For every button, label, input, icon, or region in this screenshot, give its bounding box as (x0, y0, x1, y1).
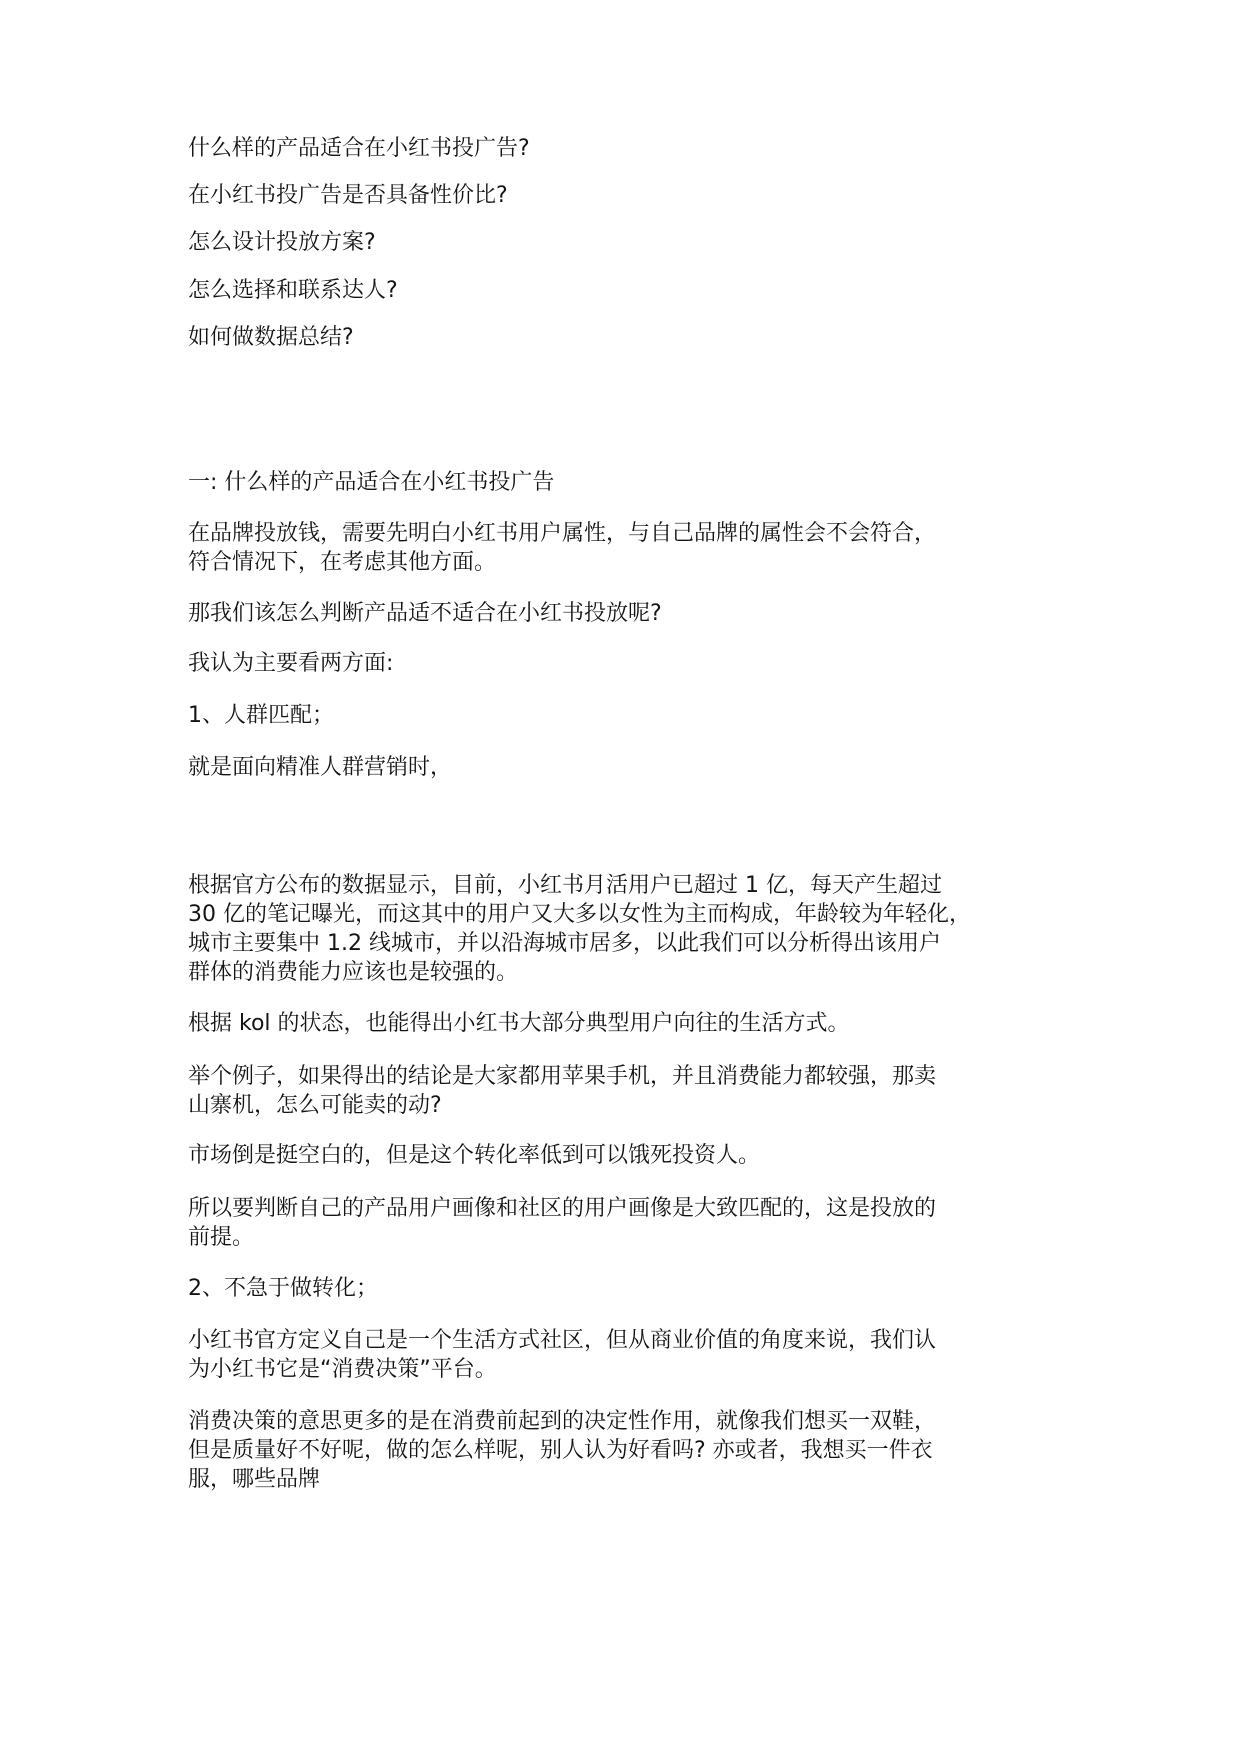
list-item-heading: 1、人群匹配； (188, 703, 334, 729)
paragraph-line: 30 亿的笔记曝光，而这其中的用户又大多以女性为主而构成，年龄较为年轻化， (188, 902, 971, 928)
paragraph-line: 在品牌投放钱，需要先明白小红书用户属性，与自己品牌的属性会不会符合， (188, 521, 936, 547)
paragraph-line: 我认为主要看两方面: (188, 651, 393, 677)
list-item-heading: 2、不急于做转化； (188, 1276, 378, 1302)
intro-question: 在小红书投广告是否具备性价比? (188, 183, 508, 209)
intro-question: 怎么设计投放方案? (188, 230, 376, 256)
paragraph-line: 服，哪些品牌 (188, 1467, 320, 1493)
paragraph-line: 为小红书它是“消费决策”平台。 (188, 1357, 497, 1383)
paragraph-line: 就是面向精准人群营销时， (188, 755, 452, 781)
paragraph-line: 山寨机，怎么可能卖的动? (188, 1093, 442, 1119)
paragraph-line: 那我们该怎么判断产品适不适合在小红书投放呢? (188, 601, 662, 627)
paragraph-line: 群体的消费能力应该也是较强的。 (188, 960, 518, 986)
paragraph-line: 符合情况下，在考虑其他方面。 (188, 550, 496, 576)
intro-question: 什么样的产品适合在小红书投广告? (188, 136, 530, 162)
section-heading: 一: 什么样的产品适合在小红书投广告 (188, 470, 554, 496)
paragraph-line: 但是质量好不好呢，做的怎么样呢，别人认为好看吗? 亦或者，我想买一件衣 (188, 1438, 933, 1464)
paragraph-line: 举个例子，如果得出的结论是大家都用苹果手机，并且消费能力都较强，那卖 (188, 1064, 936, 1090)
document-page: 什么样的产品适合在小红书投广告? 在小红书投广告是否具备性价比? 怎么设计投放方… (0, 0, 1240, 1754)
intro-question: 怎么选择和联系达人? (188, 278, 398, 304)
intro-question: 如何做数据总结? (188, 325, 354, 351)
paragraph-line: 前提。 (188, 1225, 254, 1251)
paragraph-line: 小红书官方定义自己是一个生活方式社区，但从商业价值的角度来说，我们认 (188, 1328, 936, 1354)
paragraph-line: 所以要判断自己的产品用户画像和社区的用户画像是大致匹配的，这是投放的 (188, 1196, 936, 1222)
paragraph-line: 消费决策的意思更多的是在消费前起到的决定性作用，就像我们想买一双鞋， (188, 1409, 936, 1435)
paragraph-line: 根据 kol 的状态，也能得出小红书大部分典型用户向往的生活方式。 (188, 1011, 850, 1037)
paragraph-line: 市场倒是挺空白的，但是这个转化率低到可以饿死投资人。 (188, 1143, 760, 1169)
paragraph-line: 城市主要集中 1.2 线城市，并以沿海城市居多，以此我们可以分析得出该用户 (188, 931, 941, 957)
paragraph-line: 根据官方公布的数据显示，目前，小红书月活用户已超过 1 亿，每天产生超过 (188, 873, 942, 899)
